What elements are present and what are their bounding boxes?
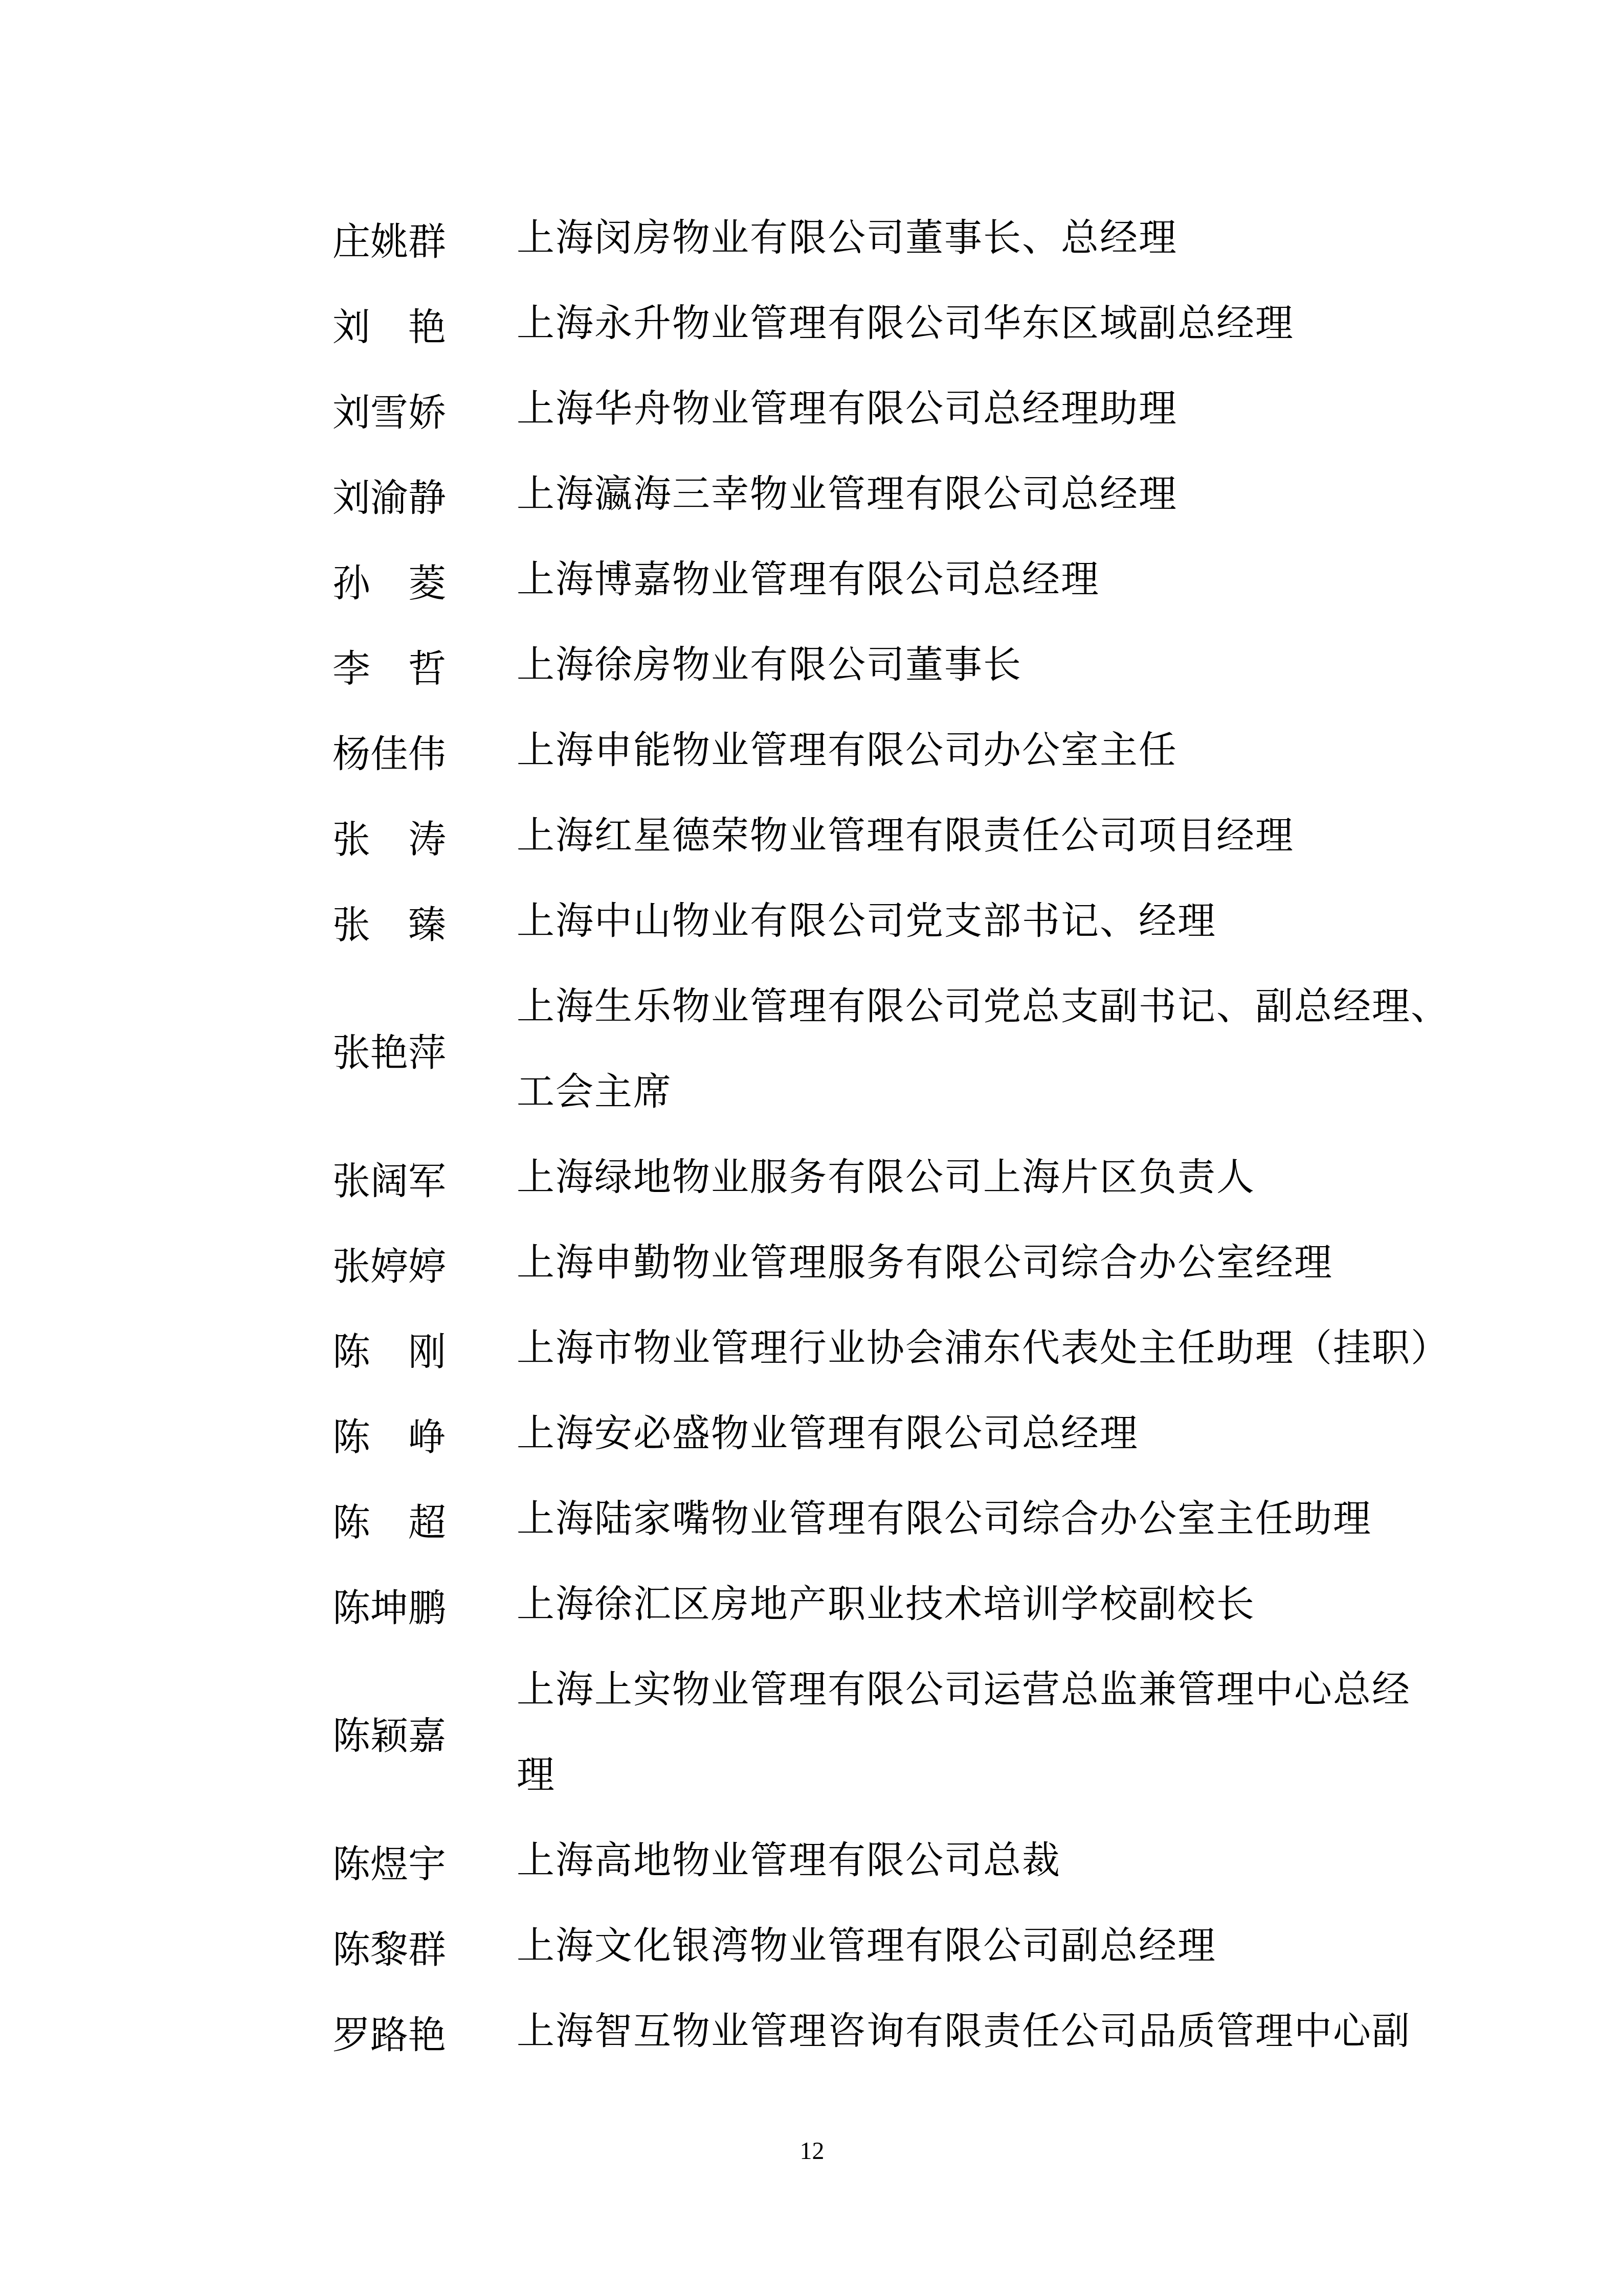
person-title-line: 工会主席 bbox=[517, 1050, 1450, 1135]
person-title-line: 上海中山物业有限公司党支部书记、经理 bbox=[517, 879, 1216, 964]
person-title: 上海高地物业管理有限公司总裁 bbox=[517, 1818, 1061, 1904]
person-name: 刘渝静 bbox=[332, 468, 517, 522]
person-title-line: 上海文化银湾物业管理有限公司副总经理 bbox=[517, 1904, 1216, 1989]
person-name: 庄姚群 bbox=[332, 212, 517, 266]
roster-row: 孙 菱 上海博嘉物业管理有限公司总经理 bbox=[332, 537, 1450, 623]
document-page: 庄姚群 上海闵房物业有限公司董事长、总经理 刘 艳 上海永升物业管理有限公司华东… bbox=[0, 0, 1624, 2296]
person-title: 上海市物业管理行业协会浦东代表处主任助理（挂职） bbox=[517, 1306, 1450, 1391]
person-title: 上海上实物业管理有限公司运营总监兼管理中心总经 理 bbox=[517, 1648, 1411, 1818]
person-title: 上海安必盛物业管理有限公司总经理 bbox=[517, 1391, 1139, 1477]
roster-row: 陈颖嘉 上海上实物业管理有限公司运营总监兼管理中心总经 理 bbox=[332, 1648, 1450, 1818]
roster-row: 李 哲 上海徐房物业有限公司董事长 bbox=[332, 623, 1450, 708]
person-title-line: 上海申能物业管理有限公司办公室主任 bbox=[517, 708, 1177, 794]
roster-row: 张 涛 上海红星德荣物业管理有限责任公司项目经理 bbox=[332, 794, 1450, 879]
roster-row: 张婷婷 上海申勤物业管理服务有限公司综合办公室经理 bbox=[332, 1221, 1450, 1306]
person-name: 张艳萍 bbox=[332, 1023, 517, 1077]
person-title-line: 理 bbox=[517, 1733, 1411, 1818]
person-title-line: 上海高地物业管理有限公司总裁 bbox=[517, 1818, 1061, 1904]
person-title: 上海申勤物业管理服务有限公司综合办公室经理 bbox=[517, 1221, 1333, 1306]
person-name: 罗路艳 bbox=[332, 2005, 517, 2059]
person-name: 杨佳伟 bbox=[332, 724, 517, 778]
page-number: 12 bbox=[800, 2139, 825, 2164]
person-title: 上海绿地物业服务有限公司上海片区负责人 bbox=[517, 1135, 1255, 1221]
person-title: 上海永升物业管理有限公司华东区域副总经理 bbox=[517, 281, 1294, 367]
roster-row: 张阔军 上海绿地物业服务有限公司上海片区负责人 bbox=[332, 1135, 1450, 1221]
person-name: 刘雪娇 bbox=[332, 382, 517, 437]
roster-row: 陈煜宇 上海高地物业管理有限公司总裁 bbox=[332, 1818, 1450, 1904]
roster-row: 陈黎群 上海文化银湾物业管理有限公司副总经理 bbox=[332, 1904, 1450, 1989]
roster-row: 庄姚群 上海闵房物业有限公司董事长、总经理 bbox=[332, 196, 1450, 281]
person-title-line: 上海闵房物业有限公司董事长、总经理 bbox=[517, 196, 1177, 281]
person-title-line: 上海红星德荣物业管理有限责任公司项目经理 bbox=[517, 794, 1294, 879]
person-title: 上海生乐物业管理有限公司党总支副书记、副总经理、 工会主席 bbox=[517, 964, 1450, 1135]
page-footer: 12 bbox=[0, 2139, 1624, 2164]
roster-row: 陈 峥 上海安必盛物业管理有限公司总经理 bbox=[332, 1391, 1450, 1477]
person-title: 上海申能物业管理有限公司办公室主任 bbox=[517, 708, 1177, 794]
roster-list: 庄姚群 上海闵房物业有限公司董事长、总经理 刘 艳 上海永升物业管理有限公司华东… bbox=[332, 196, 1450, 2075]
roster-row: 杨佳伟 上海申能物业管理有限公司办公室主任 bbox=[332, 708, 1450, 794]
person-title-line: 上海安必盛物业管理有限公司总经理 bbox=[517, 1391, 1139, 1477]
person-title-line: 上海永升物业管理有限公司华东区域副总经理 bbox=[517, 281, 1294, 367]
person-name: 陈 峥 bbox=[332, 1407, 517, 1461]
roster-row: 罗路艳 上海智互物业管理咨询有限责任公司品质管理中心副 bbox=[332, 1989, 1450, 2075]
person-title: 上海陆家嘴物业管理有限公司综合办公室主任助理 bbox=[517, 1477, 1372, 1562]
roster-row: 张 臻 上海中山物业有限公司党支部书记、经理 bbox=[332, 879, 1450, 964]
roster-row: 刘雪娇 上海华舟物业管理有限公司总经理助理 bbox=[332, 367, 1450, 452]
roster-row: 刘 艳 上海永升物业管理有限公司华东区域副总经理 bbox=[332, 281, 1450, 367]
person-title: 上海华舟物业管理有限公司总经理助理 bbox=[517, 367, 1177, 452]
roster-row: 刘渝静 上海瀛海三幸物业管理有限公司总经理 bbox=[332, 452, 1450, 537]
person-name: 陈 超 bbox=[332, 1493, 517, 1547]
person-name: 陈颖嘉 bbox=[332, 1706, 517, 1760]
person-title-line: 上海上实物业管理有限公司运营总监兼管理中心总经 bbox=[517, 1648, 1411, 1733]
person-title-line: 上海申勤物业管理服务有限公司综合办公室经理 bbox=[517, 1221, 1333, 1306]
person-title: 上海徐汇区房地产职业技术培训学校副校长 bbox=[517, 1562, 1255, 1648]
person-name: 李 哲 bbox=[332, 639, 517, 693]
person-title: 上海闵房物业有限公司董事长、总经理 bbox=[517, 196, 1177, 281]
person-title: 上海文化银湾物业管理有限公司副总经理 bbox=[517, 1904, 1216, 1989]
roster-row: 陈坤鹏 上海徐汇区房地产职业技术培训学校副校长 bbox=[332, 1562, 1450, 1648]
person-title-line: 上海瀛海三幸物业管理有限公司总经理 bbox=[517, 452, 1177, 537]
person-name: 陈 刚 bbox=[332, 1322, 517, 1376]
person-title: 上海瀛海三幸物业管理有限公司总经理 bbox=[517, 452, 1177, 537]
person-title: 上海智互物业管理咨询有限责任公司品质管理中心副 bbox=[517, 1989, 1411, 2075]
person-title-line: 上海徐汇区房地产职业技术培训学校副校长 bbox=[517, 1562, 1255, 1648]
person-title: 上海博嘉物业管理有限公司总经理 bbox=[517, 537, 1100, 623]
person-name: 张阔军 bbox=[332, 1151, 517, 1205]
person-title: 上海中山物业有限公司党支部书记、经理 bbox=[517, 879, 1216, 964]
roster-row: 陈 刚 上海市物业管理行业协会浦东代表处主任助理（挂职） bbox=[332, 1306, 1450, 1391]
person-name: 张 涛 bbox=[332, 809, 517, 864]
person-title-line: 上海智互物业管理咨询有限责任公司品质管理中心副 bbox=[517, 1989, 1411, 2075]
person-name: 孙 菱 bbox=[332, 553, 517, 607]
roster-row: 陈 超 上海陆家嘴物业管理有限公司综合办公室主任助理 bbox=[332, 1477, 1450, 1562]
person-name: 陈坤鹏 bbox=[332, 1578, 517, 1632]
person-name: 陈黎群 bbox=[332, 1920, 517, 1974]
person-title-line: 上海市物业管理行业协会浦东代表处主任助理（挂职） bbox=[517, 1306, 1450, 1391]
person-name: 刘 艳 bbox=[332, 297, 517, 351]
person-name: 陈煜宇 bbox=[332, 1834, 517, 1888]
person-title-line: 上海陆家嘴物业管理有限公司综合办公室主任助理 bbox=[517, 1477, 1372, 1562]
person-title: 上海红星德荣物业管理有限责任公司项目经理 bbox=[517, 794, 1294, 879]
person-name: 张婷婷 bbox=[332, 1236, 517, 1291]
person-name: 张 臻 bbox=[332, 895, 517, 949]
person-title-line: 上海徐房物业有限公司董事长 bbox=[517, 623, 1022, 708]
person-title-line: 上海生乐物业管理有限公司党总支副书记、副总经理、 bbox=[517, 964, 1450, 1050]
person-title-line: 上海博嘉物业管理有限公司总经理 bbox=[517, 537, 1100, 623]
person-title-line: 上海绿地物业服务有限公司上海片区负责人 bbox=[517, 1135, 1255, 1221]
person-title: 上海徐房物业有限公司董事长 bbox=[517, 623, 1022, 708]
person-title-line: 上海华舟物业管理有限公司总经理助理 bbox=[517, 367, 1177, 452]
roster-row: 张艳萍 上海生乐物业管理有限公司党总支副书记、副总经理、 工会主席 bbox=[332, 964, 1450, 1135]
